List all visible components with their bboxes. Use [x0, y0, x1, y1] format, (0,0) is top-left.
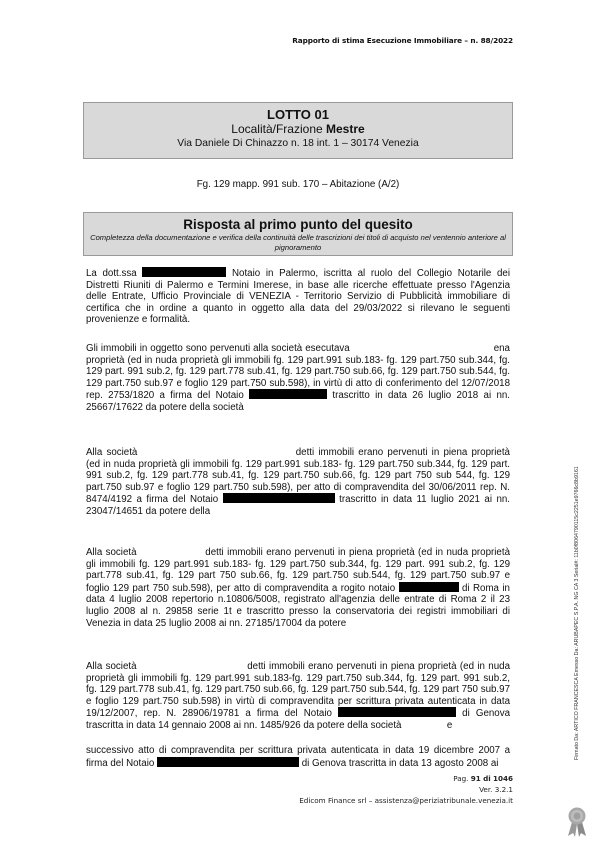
redaction-block — [142, 267, 226, 277]
p3-text-before: Alla società — [86, 447, 137, 458]
redaction-block — [249, 389, 327, 399]
redaction-block — [223, 493, 335, 503]
lot-locality: Località/Frazione Mestre — [84, 122, 512, 137]
paragraph-provenance-5: successivo atto di compravendita per scr… — [86, 745, 510, 769]
p1-text-before: La dott.ssa — [86, 268, 137, 279]
p5-text-tail: e — [447, 720, 452, 731]
redaction-block — [399, 582, 459, 592]
award-ribbon-icon — [565, 806, 589, 838]
lot-header-box: LOTTO 01 Località/Frazione Mestre Via Da… — [83, 102, 513, 159]
lot-address: Via Daniele Di Chinazzo n. 18 int. 1 – 3… — [84, 137, 512, 151]
paragraph-provenance-4: Alla società detti immobili erano perven… — [86, 661, 510, 732]
page-current: 91 — [471, 774, 481, 783]
running-header: Rapporto di stima Esecuzione Immobiliare… — [292, 36, 513, 45]
p6-text-after: di Genova trascritta in data 13 agosto 2… — [302, 758, 499, 769]
p4-text-before: Alla società — [86, 547, 137, 558]
paragraph-provenance-2: Alla società detti immobili erano perven… — [86, 447, 510, 518]
locality-value: Mestre — [326, 122, 365, 136]
redaction-block — [157, 757, 299, 767]
digital-signature-stamp: Firmato Da: ARTICO FRANCESCA Emesso Da: … — [574, 746, 580, 760]
page-total: 1046 — [493, 774, 513, 783]
paragraph-provenance-1: Gli immobili in oggetto sono pervenuti a… — [86, 343, 510, 414]
p5-text-before: Alla società — [86, 661, 137, 672]
page-number: Pag. 91 di 1046 — [453, 774, 513, 784]
page-sep: di — [483, 774, 491, 783]
cadastral-reference: Fg. 129 mapp. 991 sub. 170 – Abitazione … — [83, 179, 513, 190]
section-title: Risposta al primo punto del quesito — [84, 217, 512, 233]
locality-label: Località/Frazione — [231, 122, 322, 136]
paragraph-provenance-3: Alla società detti immobili erano perven… — [86, 547, 510, 629]
page-label: Pag. — [453, 774, 468, 783]
version-label: Ver. 3.2.1 — [479, 785, 513, 795]
section-subtitle: Completezza della documentazione e verif… — [84, 233, 512, 252]
lot-title: LOTTO 01 — [84, 107, 512, 122]
redaction-block — [338, 707, 456, 717]
section-header-box: Risposta al primo punto del quesito Comp… — [83, 212, 513, 256]
p2-text-before: Gli immobili in oggetto sono pervenuti a… — [86, 343, 350, 354]
paragraph-notary-certification: La dott.ssa Notaio in Palermo, iscritta … — [86, 267, 510, 326]
company-contact: Edicom Finance srl – assistenza@periziat… — [299, 796, 513, 806]
